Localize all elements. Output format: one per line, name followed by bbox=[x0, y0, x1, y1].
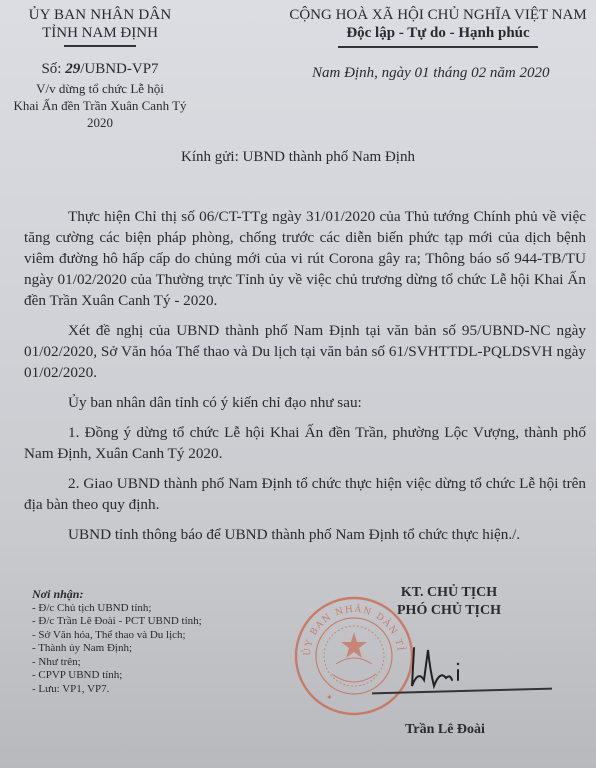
paragraph: 1. Đồng ý dừng tổ chức Lễ hội Khai Ấn đề… bbox=[24, 422, 586, 464]
issuer-underline bbox=[64, 45, 136, 47]
nation-title: CỘNG HOÀ XÃ HỘI CHỦ NGHĨA VIỆT NAM bbox=[258, 6, 596, 24]
document-number: Số: 29/UBND-VP7 bbox=[0, 61, 200, 78]
distribution-list: Nơi nhận: - Đ/c Chủ tịch UBND tỉnh; - Đ/… bbox=[32, 588, 202, 696]
paragraph: Ủy ban nhân dân tỉnh có ý kiến chỉ đạo n… bbox=[24, 392, 586, 413]
distribution-title: Nơi nhận: bbox=[32, 588, 202, 602]
motto-underline bbox=[338, 46, 538, 48]
handwritten-signature-icon bbox=[400, 640, 480, 694]
subject-line-2: Khai Ấn đền Trần Xuân Canh Tý 2020 bbox=[0, 97, 200, 131]
paragraph: 2. Giao UBND thành phố Nam Định tổ chức … bbox=[24, 473, 586, 515]
distribution-item: - Lưu: VP1, VP7. bbox=[32, 683, 202, 697]
recipient-line: Kính gửi: UBND thành phố Nam Định bbox=[0, 149, 596, 166]
signature-title: KT. CHỦ TỊCH bbox=[364, 584, 534, 602]
issuer-block: ỦY BAN NHÂN DÂN TỈNH NAM ĐỊNH Số: 29/UBN… bbox=[0, 6, 200, 131]
paragraph: UBND tỉnh thông báo để UBND thành phố Na… bbox=[24, 524, 586, 545]
national-motto: Độc lập - Tự do - Hạnh phúc bbox=[258, 24, 596, 42]
document-body: Thực hiện Chỉ thị số 06/CT-TTg ngày 31/0… bbox=[24, 206, 586, 554]
date-line: Nam Định, ngày 01 tháng 02 năm 2020 bbox=[312, 65, 550, 82]
distribution-item: - CPVP UBND tỉnh; bbox=[32, 669, 202, 683]
subject-line-1: V/v dừng tổ chức Lễ hội bbox=[0, 80, 200, 97]
signature-role: PHÓ CHỦ TỊCH bbox=[364, 602, 534, 620]
paragraph: Xét đề nghị của UBND thành phố Nam Định … bbox=[24, 320, 586, 383]
distribution-item: - Sở Văn hóa, Thể thao và Du lịch; bbox=[32, 629, 202, 643]
distribution-item: - Đ/c Trần Lê Đoài - PCT UBND tỉnh; bbox=[32, 615, 202, 629]
svg-text:✦: ✦ bbox=[326, 693, 333, 702]
distribution-item: - Đ/c Chủ tịch UBND tỉnh; bbox=[32, 602, 202, 616]
distribution-item: - Thành ủy Nam Định; bbox=[32, 642, 202, 656]
signer-name: Trần Lê Đoài bbox=[380, 722, 510, 738]
distribution-item: - Như trên; bbox=[32, 656, 202, 670]
national-header: CỘNG HOÀ XÃ HỘI CHỦ NGHĨA VIỆT NAM Độc l… bbox=[258, 6, 596, 48]
issuer-province: TỈNH NAM ĐỊNH bbox=[0, 24, 200, 42]
issuer-name: ỦY BAN NHÂN DÂN bbox=[0, 6, 200, 24]
paragraph: Thực hiện Chỉ thị số 06/CT-TTg ngày 31/0… bbox=[24, 206, 586, 311]
signature-block: KT. CHỦ TỊCH PHÓ CHỦ TỊCH bbox=[364, 584, 534, 620]
